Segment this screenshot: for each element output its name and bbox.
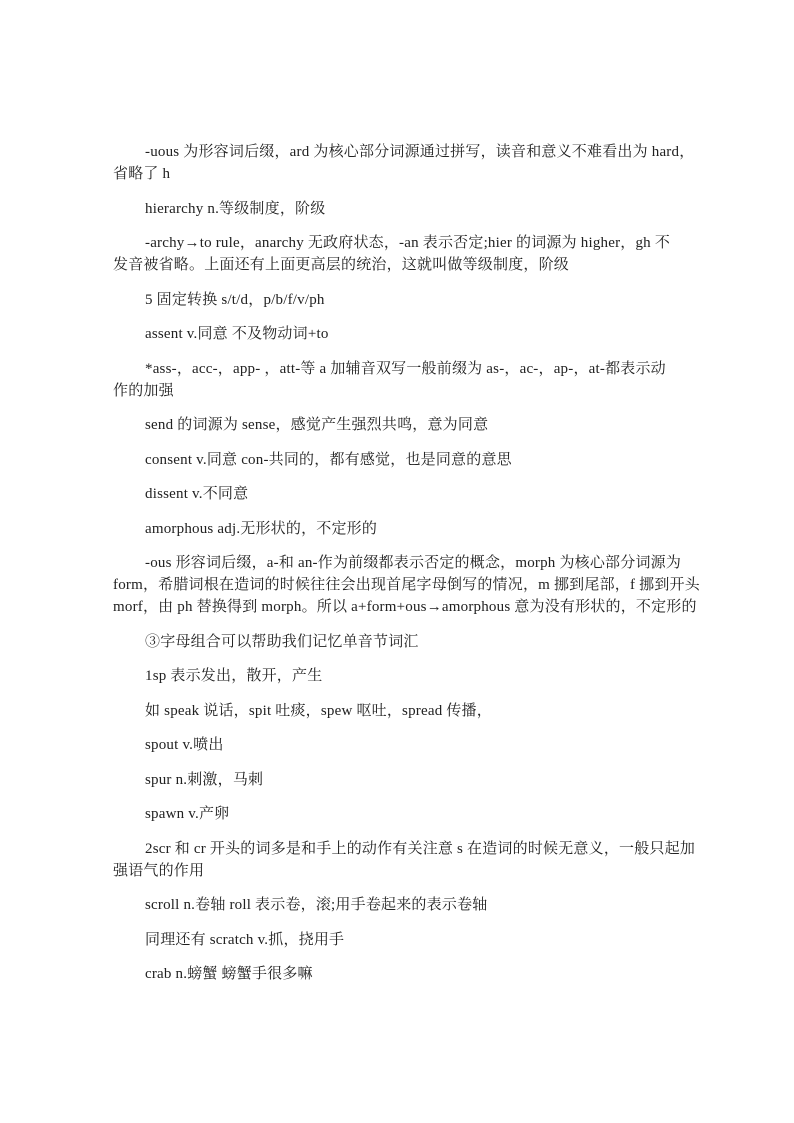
text-line: 作的加强 — [113, 380, 685, 402]
paragraph: crab n.螃蟹 螃蟹手很多嘛 — [113, 963, 685, 985]
text-line: consent v.同意 con-共同的，都有感觉，也是同意的意思 — [113, 449, 685, 471]
paragraph: assent v.同意 不及物动词+to — [113, 323, 685, 345]
document-body: -uous 为形容词后缀，ard 为核心部分词源通过拼写，读音和意义不难看出为 … — [113, 141, 685, 998]
paragraph: consent v.同意 con-共同的，都有感觉，也是同意的意思 — [113, 449, 685, 471]
text-line: amorphous adj.无形状的，不定形的 — [113, 518, 685, 540]
paragraph: -ous 形容词后缀，a-和 an-作为前缀都表示否定的概念，morph 为核心… — [113, 552, 685, 618]
text-line: morf，由 ph 替换得到 morph。所以 a+form+ous→amorp… — [113, 596, 685, 618]
text-line: spur n.刺激，马刺 — [113, 769, 685, 791]
paragraph: 同理还有 scratch v.抓，挠用手 — [113, 929, 685, 951]
text-line: -archy→to rule，anarchy 无政府状态，-an 表示否定;hi… — [113, 232, 685, 254]
paragraph: ③字母组合可以帮助我们记忆单音节词汇 — [113, 631, 685, 653]
paragraph: 1sp 表示发出，散开，产生 — [113, 665, 685, 687]
text-line: dissent v.不同意 — [113, 483, 685, 505]
paragraph: spur n.刺激，马刺 — [113, 769, 685, 791]
text-line: 强语气的作用 — [113, 860, 685, 882]
paragraph: scroll n.卷轴 roll 表示卷，滚;用手卷起来的表示卷轴 — [113, 894, 685, 916]
paragraph: 如 speak 说话，spit 吐痰，spew 呕吐，spread 传播， — [113, 700, 685, 722]
text-line: 2scr 和 cr 开头的词多是和手上的动作有关注意 s 在造词的时候无意义，一… — [113, 838, 685, 860]
text-line: crab n.螃蟹 螃蟹手很多嘛 — [113, 963, 685, 985]
text-line: -uous 为形容词后缀，ard 为核心部分词源通过拼写，读音和意义不难看出为 … — [113, 141, 685, 163]
text-line: assent v.同意 不及物动词+to — [113, 323, 685, 345]
text-line: -ous 形容词后缀，a-和 an-作为前缀都表示否定的概念，morph 为核心… — [113, 552, 685, 574]
paragraph: hierarchy n.等级制度，阶级 — [113, 198, 685, 220]
paragraph: -archy→to rule，anarchy 无政府状态，-an 表示否定;hi… — [113, 232, 685, 276]
paragraph: send 的词源为 sense，感觉产生强烈共鸣，意为同意 — [113, 414, 685, 436]
text-line: 发音被省略。上面还有上面更高层的统治，这就叫做等级制度，阶级 — [113, 254, 685, 276]
text-line: 同理还有 scratch v.抓，挠用手 — [113, 929, 685, 951]
text-line: *ass-，acc-，app- ，att-等 a 加辅音双写一般前缀为 as-，… — [113, 358, 685, 380]
paragraph: -uous 为形容词后缀，ard 为核心部分词源通过拼写，读音和意义不难看出为 … — [113, 141, 685, 185]
paragraph: amorphous adj.无形状的，不定形的 — [113, 518, 685, 540]
paragraph: *ass-，acc-，app- ，att-等 a 加辅音双写一般前缀为 as-，… — [113, 358, 685, 402]
paragraph: spout v.喷出 — [113, 734, 685, 756]
text-line: ③字母组合可以帮助我们记忆单音节词汇 — [113, 631, 685, 653]
text-line: scroll n.卷轴 roll 表示卷，滚;用手卷起来的表示卷轴 — [113, 894, 685, 916]
paragraph: spawn v.产卵 — [113, 803, 685, 825]
text-line: spawn v.产卵 — [113, 803, 685, 825]
text-line: 5 固定转换 s/t/d，p/b/f/v/ph — [113, 289, 685, 311]
text-line: form，希腊词根在造词的时候往往会出现首尾字母倒写的情况，m 挪到尾部，f 挪… — [113, 574, 685, 596]
text-line: send 的词源为 sense，感觉产生强烈共鸣，意为同意 — [113, 414, 685, 436]
paragraph: 5 固定转换 s/t/d，p/b/f/v/ph — [113, 289, 685, 311]
text-line: spout v.喷出 — [113, 734, 685, 756]
text-line: 省略了 h — [113, 163, 685, 185]
text-line: 如 speak 说话，spit 吐痰，spew 呕吐，spread 传播， — [113, 700, 685, 722]
text-line: hierarchy n.等级制度，阶级 — [113, 198, 685, 220]
document-page: -uous 为形容词后缀，ard 为核心部分词源通过拼写，读音和意义不难看出为 … — [0, 0, 794, 1123]
paragraph: 2scr 和 cr 开头的词多是和手上的动作有关注意 s 在造词的时候无意义，一… — [113, 838, 685, 882]
text-line: 1sp 表示发出，散开，产生 — [113, 665, 685, 687]
paragraph: dissent v.不同意 — [113, 483, 685, 505]
